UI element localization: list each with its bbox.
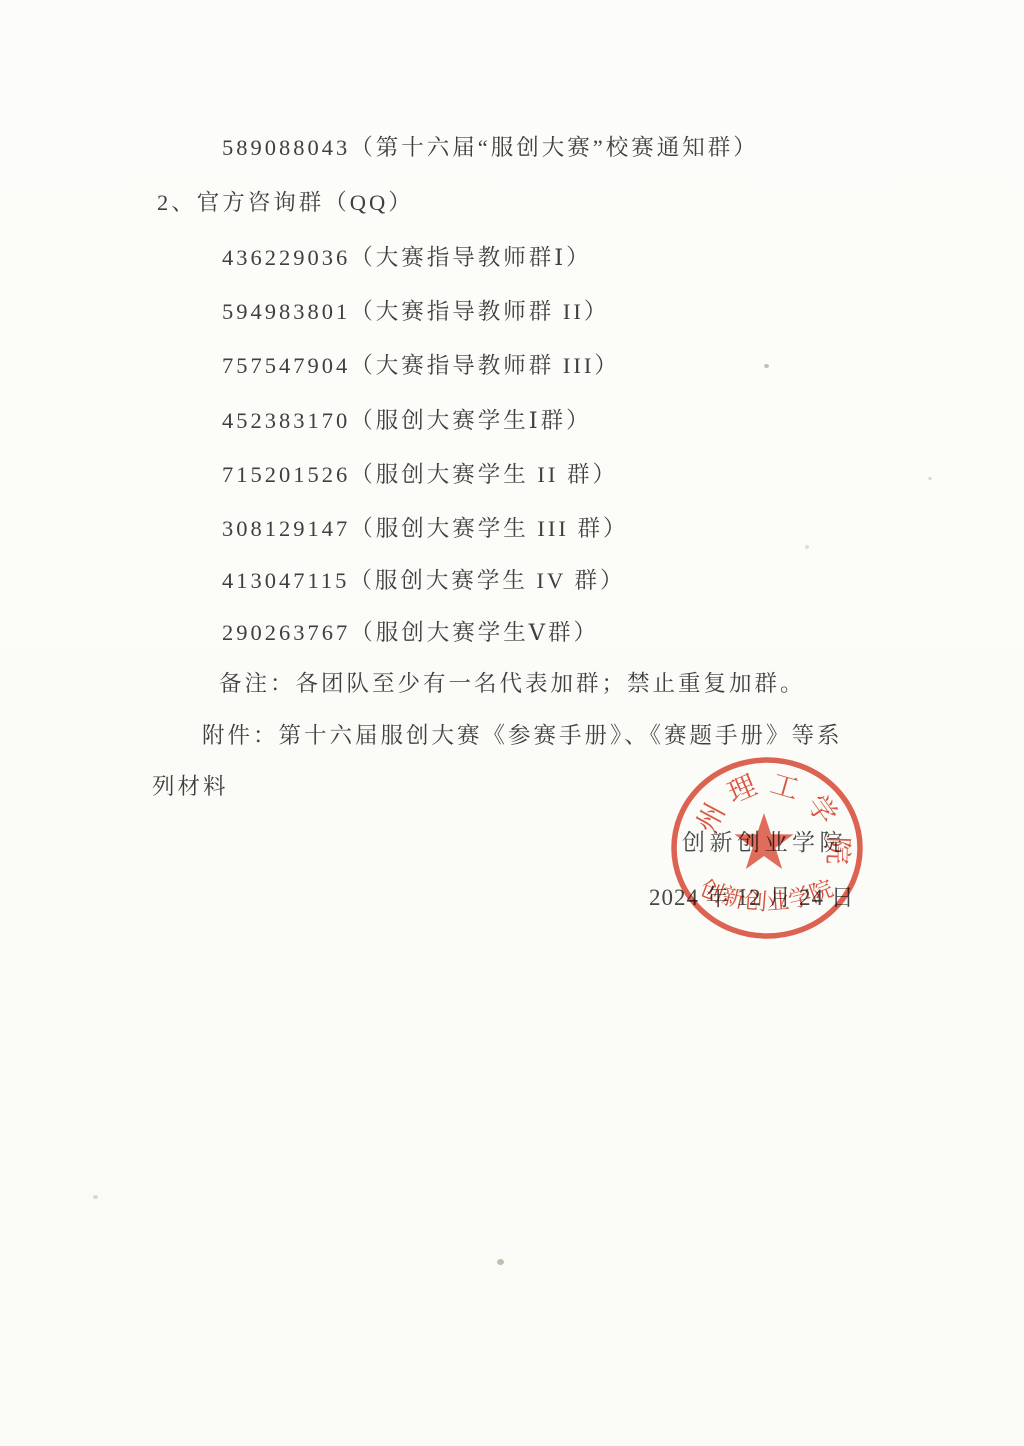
scanned-notice-page: 589088043（第十六届“服创大赛”校赛通知群） 2、官方咨询群（QQ） 4… [0,0,1024,1446]
qq-group-line: 436229036（大赛指导教师群Ⅰ） [222,247,592,270]
scan-speck [764,364,769,368]
section-heading: 2、官方咨询群（QQ） [157,192,414,215]
attachment-line: 附件：第十六届服创大赛《参赛手册》、《赛题手册》等系 [202,725,843,748]
attachment-line-wrap: 列材料 [152,776,229,799]
qq-group-line: 308129147（服创大赛学生 III 群） [222,518,628,541]
official-seal: 州 理 工 学 院 创新创业学院 [665,752,870,944]
scan-speck [93,1195,98,1199]
scan-speck [497,1259,504,1265]
seal-arc-char: 学 [800,789,842,830]
seal-arc-char: 工 [767,769,802,807]
seal-bottom-text: 创新创业学院 [697,876,837,915]
qq-group-line: 290263767（服创大赛学生Ⅴ群） [222,622,599,645]
qq-group-line: 413047115（服创大赛学生 IV 群） [222,570,626,593]
seal-arc-char: 理 [723,770,761,809]
qq-group-line: 594983801（大赛指导教师群 II） [222,301,609,324]
qq-group-line: 589088043（第十六届“服创大赛”校赛通知群） [222,137,759,160]
scan-speck [928,477,932,480]
star-icon [735,813,794,869]
qq-group-line: 452383170（服创大赛学生Ⅰ群） [222,410,592,433]
seal-arc-char: 州 [691,799,732,838]
seal-arc-char: 院 [821,836,854,865]
scan-speck [805,545,809,549]
remark-line: 备注：各团队至少有一名代表加群；禁止重复加群。 [219,673,806,696]
qq-group-line: 715201526（服创大赛学生 II 群） [222,464,618,487]
qq-group-line: 757547904（大赛指导教师群 III） [222,355,620,378]
